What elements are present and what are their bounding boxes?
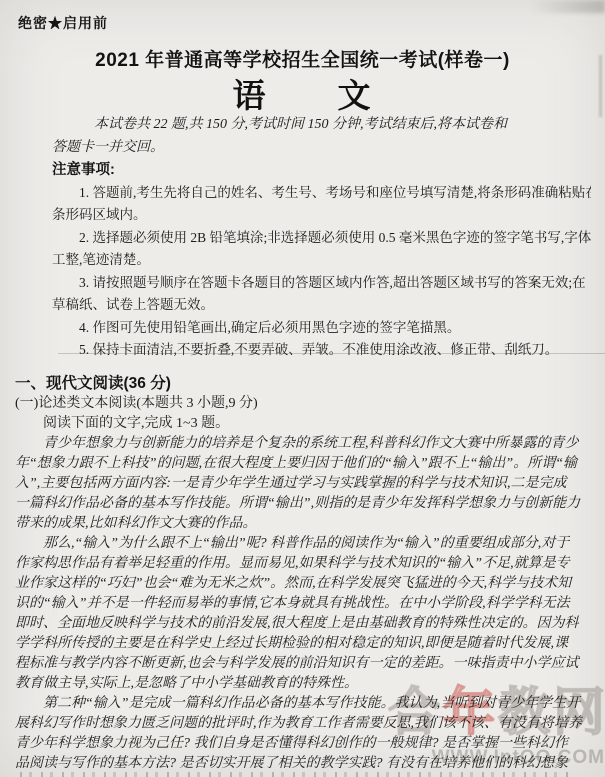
text-line: 3. 请按照题号顺序在答题卡各题目的答题区域内作答,超出答题区域书写的答案无效;… (52, 272, 591, 295)
scan-smudge-artifact (530, 0, 605, 13)
text-line: 青少年科学想象力视为己任? 我们自身是否懂得科幻创作的一般规律? 是否掌握一些科… (15, 734, 593, 754)
text-line: 1. 答题前,考生先将自己的姓名、考生号、考场号和座位号填写清楚,将条形码准确粘… (52, 182, 591, 205)
text-line: 教育做主导,实际上,是忽略了中小学基础教育的特殊性。 (15, 674, 593, 694)
section-modern-reading: 一、现代文阅读(36 分) (一)论述类文本阅读(本题共 3 小题,9 分) 阅… (15, 374, 593, 774)
text-line: 即时、全面地反映科学与技术的前沿发展,很大程度上是由基础教育的特殊性决定的。因为… (15, 614, 593, 634)
reading-instruction: 阅读下面的文字,完成 1~3 题。 (15, 414, 593, 434)
exam-intro: 本试卷共 22 题,共 150 分,考试时间 150 分钟,考试结束后,将本试卷… (52, 114, 591, 159)
text-line: 答题卡一并交回。 (52, 137, 591, 160)
subsection-heading: (一)论述类文本阅读(本题共 3 小题,9 分) (15, 394, 593, 414)
text-line: 4. 作图可先使用铅笔画出,确定后必须用黑色字迹的签字笔描黑。 (52, 317, 591, 340)
text-line: 第二种“输入”是完成一篇科幻作品必备的基本写作技能。我认为,当听到对青少年学生开 (15, 694, 593, 714)
subject-title: 语 文 (0, 70, 605, 117)
text-line: 程标准与教学内容不断更新,也会与科学发展的前沿知识有一定的差距。一味指责中小学应… (15, 654, 593, 674)
exam-title: 2021 年普通高等学校招生全国统一考试(样卷一) (0, 45, 605, 72)
section-divider (58, 353, 605, 354)
text-line: 展科幻写作时想象力匮乏问题的批评时,作为教育工作者需要反思,我们该不该、有没有将… (15, 714, 593, 734)
text-line: 本试卷共 22 题,共 150 分,考试时间 150 分钟,考试结束后,将本试卷… (52, 114, 591, 137)
essay-passage: 青少年想象力与创新能力的培养是个复杂的系统工程,科普科幻作文大赛中所暴露的青少年… (15, 434, 593, 774)
text-line: 工整,笔迹清楚。 (52, 249, 591, 272)
text-line: 识的“输入”并不是一件轻而易举的事情,它本身就具有挑战性。在中小学阶段,科学学科… (15, 594, 593, 614)
cutoff-line-artifact (20, 772, 575, 777)
text-line: 年“想象力跟不上科技”的问题,在很大程度上要归因于他们的“输入”跟不上“输出”。… (15, 454, 593, 474)
text-line: 入”,主要包括两方面内容:一是青少年学生通过学习与实践掌握的科学与技术知识,二是… (15, 474, 593, 494)
text-line: 业作家这样的“巧妇”也会“难为无米之炊”。然而,在科学发展突飞猛进的今天,科学与… (15, 574, 593, 594)
exam-paper-page: 合 年 教 网 WWW.IntOO.COM 绝密★启用前 2021 年普通高等学… (0, 0, 605, 777)
text-line: 条形码区域内。 (52, 204, 591, 227)
front-matter: 本试卷共 22 题,共 150 分,考试时间 150 分钟,考试结束后,将本试卷… (52, 114, 591, 362)
text-line: 5. 保持卡面清洁,不要折叠,不要弄破、弄皱。不准使用涂改液、修正带、刮纸刀。 (52, 339, 591, 362)
text-line: 一篇科幻作品必备的基本写作技能。所谓“输出”,则指的是青少年发挥科学想象力与创新… (15, 494, 593, 514)
text-line: 学学科所传授的主要是在科学史上经过长期检验的相对稳定的知识,即便是随着时代发展,… (15, 634, 593, 654)
notice-heading: 注意事项: (52, 159, 591, 182)
section-heading: 一、现代文阅读(36 分) (15, 374, 593, 394)
text-line: 草稿纸、试卷上答题无效。 (52, 294, 591, 317)
text-line: 品阅读与写作的基本方法? 是否切实开展了相关的教学实践? 有没有在培养他们的科幻… (15, 754, 593, 774)
text-line: 作家构思作品有着举足轻重的作用。显而易见,如果科学与技术知识的“输入”不足,就算… (15, 554, 593, 574)
classification-label: 绝密★启用前 (18, 13, 108, 33)
text-line: 那么,“输入”为什么跟不上“输出”呢? 科普作品的阅读作为“输入”的重要组成部分… (15, 534, 593, 554)
text-line: 带来的成果,比如科幻作文大赛的作品。 (15, 514, 593, 534)
text-line: 2. 选择题必须使用 2B 铅笔填涂;非选择题必须使用 0.5 毫米黑色字迹的签… (52, 227, 591, 250)
text-line: 青少年想象力与创新能力的培养是个复杂的系统工程,科普科幻作文大赛中所暴露的青少 (15, 434, 593, 454)
notice-list: 1. 答题前,考生先将自己的姓名、考生号、考场号和座位号填写清楚,将条形码准确粘… (52, 182, 591, 362)
